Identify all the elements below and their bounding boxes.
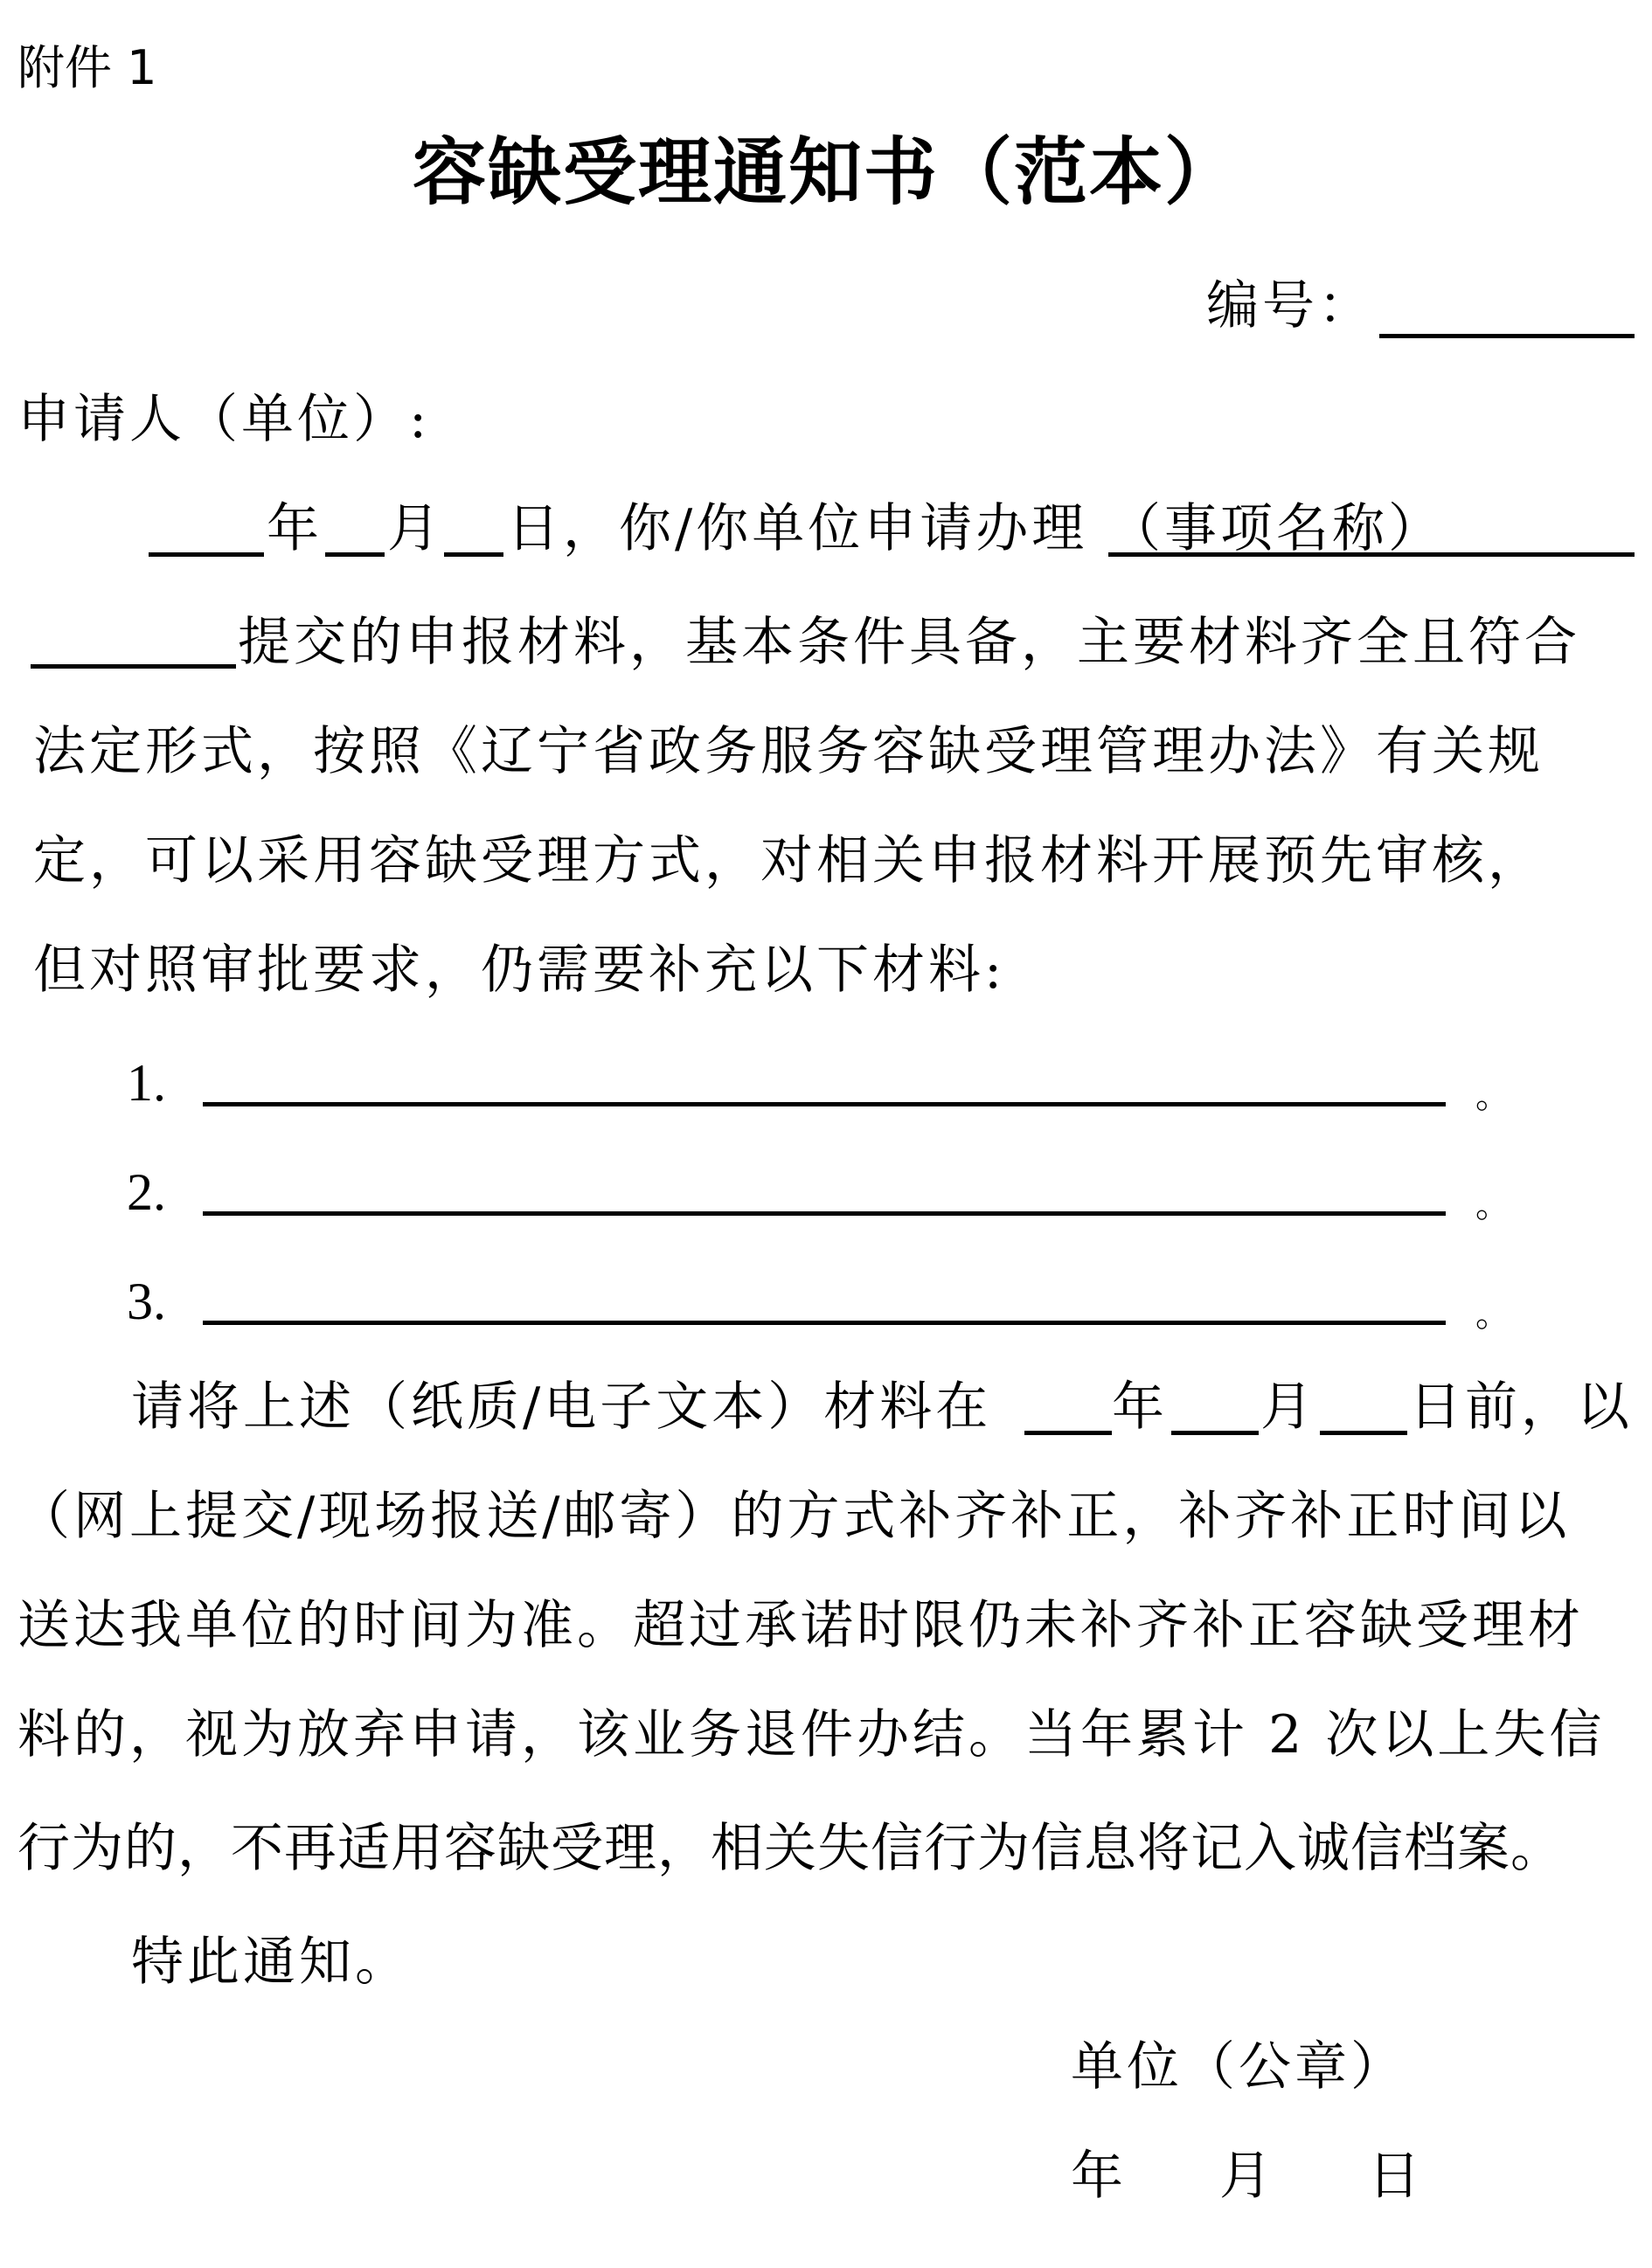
apply-month-field[interactable]: [325, 552, 385, 557]
material-field-1[interactable]: [203, 1102, 1446, 1106]
document-title: 容缺受理通知书（范本）: [0, 114, 1652, 219]
number-label: 编号：: [1206, 280, 1374, 332]
sign-day-label: 日: [1368, 2150, 1424, 2202]
deadline-month-field[interactable]: [1171, 1431, 1259, 1435]
paragraph1-line2: 提交的申报材料，基本条件具备，主要材料齐全且符合: [238, 616, 1580, 669]
material-field-2[interactable]: [203, 1211, 1446, 1216]
paragraph1-line3: 法定形式，按照《辽宁省政务服务容缺受理管理办法》有关规: [33, 725, 1544, 778]
material-index: 2.: [127, 1162, 166, 1223]
applicant-label: 申请人（单位）:: [17, 393, 430, 446]
apply-year-label: 年: [267, 503, 323, 555]
deadline-month-label: 月: [1260, 1381, 1316, 1433]
sign-year-label: 年: [1071, 2150, 1127, 2202]
unit-seal-label: 单位（公章）: [1071, 2041, 1406, 2093]
closing-text: 特此通知。: [131, 1936, 411, 1988]
material-end: 。: [1475, 1177, 1510, 1227]
material-field-3[interactable]: [203, 1321, 1446, 1325]
paragraph2-line2: （网上提交/现场报送/邮寄）的方式补齐补正，补齐补正时间以: [17, 1490, 1570, 1543]
paragraph2-line3: 送达我单位的时间为准。超过承诺时限仍未补齐补正容缺受理材: [17, 1599, 1584, 1652]
apply-month-label: 月: [387, 503, 443, 555]
apply-day-text: 日，你/你单位申请办理: [507, 503, 1087, 555]
attachment-label: 附件 1: [17, 31, 157, 98]
sign-month-label: 月: [1219, 2150, 1275, 2202]
material-end: 。: [1475, 1068, 1510, 1118]
paragraph2-line4: 料的，视为放弃申请，该业务退件办结。当年累计 2 次以上失信: [17, 1709, 1605, 1761]
apply-year-field[interactable]: [149, 552, 264, 557]
deadline-year-label: 年: [1112, 1381, 1168, 1433]
material-index: 1.: [127, 1053, 166, 1113]
number-field[interactable]: [1379, 334, 1635, 338]
paragraph2-line5: 行为的，不再适用容缺受理，相关失信行为信息将记入诚信档案。: [17, 1822, 1564, 1875]
paragraph1-line5: 但对照审批要求，仍需要补充以下材料:: [33, 944, 1005, 996]
apply-day-field[interactable]: [444, 552, 503, 557]
paragraph2-line1-prefix: 请将上述（纸质/电子文本）材料在: [131, 1381, 991, 1433]
deadline-suffix: 日前，以: [1409, 1381, 1633, 1433]
deadline-day-field[interactable]: [1320, 1431, 1407, 1435]
paragraph1-line4: 定，可以采用容缺受理方式，对相关申报材料开展预先审核，: [33, 835, 1544, 887]
deadline-year-field[interactable]: [1024, 1431, 1112, 1435]
item-name-field-continued[interactable]: [31, 664, 236, 669]
item-name-placeholder: （事项名称）: [1108, 503, 1444, 555]
material-index: 3.: [127, 1272, 166, 1332]
material-end: 。: [1475, 1287, 1510, 1336]
item-name-field[interactable]: [1108, 552, 1635, 557]
